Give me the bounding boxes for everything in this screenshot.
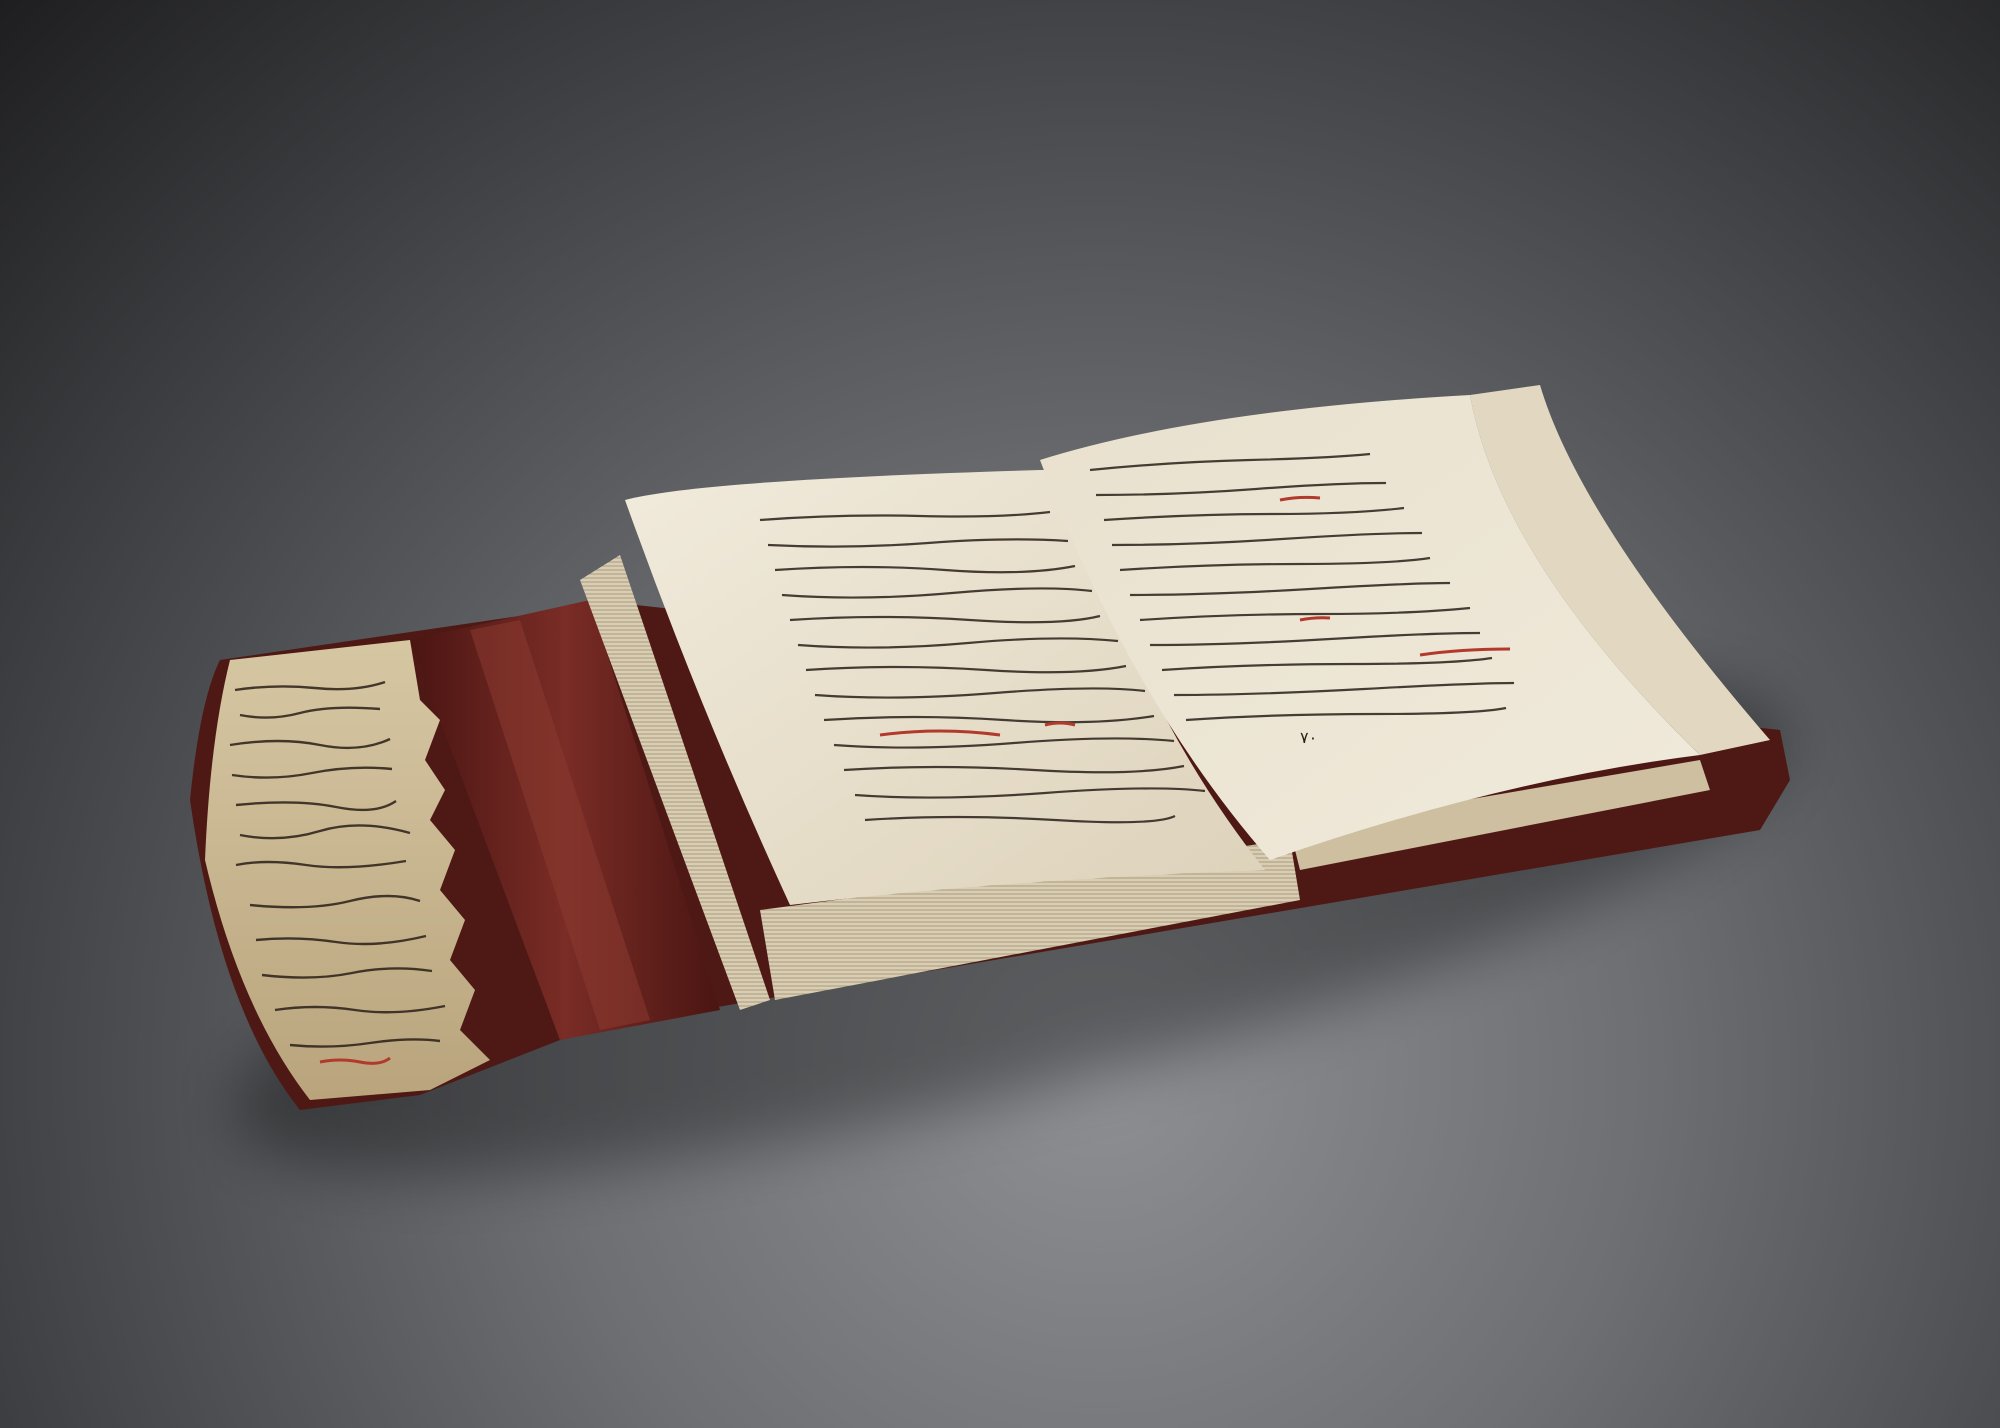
photo-scene: ٧٠ Open Arabic manuscript in red leather…	[0, 0, 2000, 1428]
folio-number: ٧٠	[1300, 728, 1317, 747]
manuscript-illustration: ٧٠	[0, 0, 2000, 1428]
